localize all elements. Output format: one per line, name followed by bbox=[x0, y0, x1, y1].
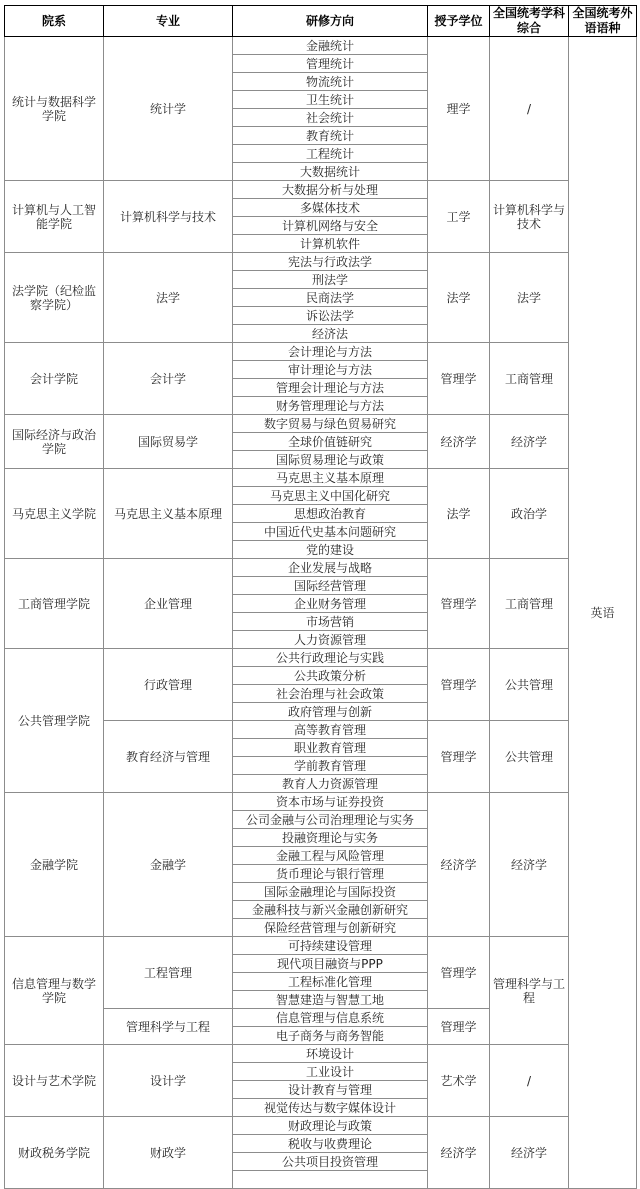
major-cell: 会计学 bbox=[104, 343, 233, 415]
direction-cell: 会计理论与方法 bbox=[233, 343, 428, 361]
college-cell: 工商管理学院 bbox=[5, 559, 104, 649]
degree-cell: 经济学 bbox=[428, 1117, 490, 1175]
table-row: 信息管理与数学学院工程管理可持续建设管理管理学管理科学与工程 bbox=[5, 937, 637, 955]
direction-cell: 国际金融理论与国际投资 bbox=[233, 883, 428, 901]
major-cell: 统计学 bbox=[104, 37, 233, 181]
major-cell: 教育经济与管理 bbox=[104, 721, 233, 793]
direction-cell: 电子商务与商务智能 bbox=[233, 1027, 428, 1045]
table-row: 统计与数据科学学院统计学金融统计理学/英语 bbox=[5, 37, 637, 55]
direction-cell: 可持续建设管理 bbox=[233, 937, 428, 955]
direction-cell: 公共政策分析 bbox=[233, 667, 428, 685]
degree-cell: 管理学 bbox=[428, 721, 490, 793]
college-cell: 设计与艺术学院 bbox=[5, 1045, 104, 1117]
degree-cell: 管理学 bbox=[428, 1009, 490, 1045]
direction-cell: 刑法学 bbox=[233, 271, 428, 289]
direction-cell: 学前教育管理 bbox=[233, 757, 428, 775]
exam-subject-cell: 公共管理 bbox=[490, 649, 569, 721]
college-cell: 法学院（纪检监察学院） bbox=[5, 253, 104, 343]
college-cell: 信息管理与数学学院 bbox=[5, 937, 104, 1045]
direction-cell: 金融科技与新兴金融创新研究 bbox=[233, 901, 428, 919]
major-cell: 马克思主义基本原理 bbox=[104, 469, 233, 559]
major-cell: 设计学 bbox=[104, 1045, 233, 1117]
college-cell: 会计学院 bbox=[5, 343, 104, 415]
direction-cell: 计算机网络与安全 bbox=[233, 217, 428, 235]
direction-cell: 国际贸易理论与政策 bbox=[233, 451, 428, 469]
direction-cell: 职业教育管理 bbox=[233, 739, 428, 757]
college-cell: 金融学院 bbox=[5, 793, 104, 937]
table-row: 计算机与人工智能学院计算机科学与技术大数据分析与处理工学计算机科学与技术 bbox=[5, 181, 637, 199]
direction-cell: 计算机软件 bbox=[233, 235, 428, 253]
header-cell-college: 院系 bbox=[5, 6, 104, 37]
direction-cell: 公共项目投资管理 bbox=[233, 1153, 428, 1171]
major-cell: 财政学 bbox=[104, 1117, 233, 1175]
direction-cell: 信息管理与信息系统 bbox=[233, 1009, 428, 1027]
table-row: 法学院（纪检监察学院）法学宪法与行政法学法学法学 bbox=[5, 253, 637, 271]
direction-cell: 金融统计 bbox=[233, 37, 428, 55]
language-cell: 英语 bbox=[569, 37, 637, 1175]
header-cell-language: 全国统考外语语种 bbox=[569, 6, 637, 37]
direction-cell: 审计理论与方法 bbox=[233, 361, 428, 379]
header-cell-direction: 研修方向 bbox=[233, 6, 428, 37]
direction-cell: 环境设计 bbox=[233, 1045, 428, 1063]
header-cell-degree: 授予学位 bbox=[428, 6, 490, 37]
header-cell-major: 专业 bbox=[104, 6, 233, 37]
direction-cell: 市场营销 bbox=[233, 613, 428, 631]
exam-subject-cell: 公共管理 bbox=[490, 721, 569, 793]
direction-cell: 金融工程与风险管理 bbox=[233, 847, 428, 865]
header-row: 院系专业研修方向授予学位全国统考学科综合全国统考外语语种 bbox=[5, 6, 637, 37]
exam-subject-cell: 工商管理 bbox=[490, 559, 569, 649]
direction-cell: 财政理论与政策 bbox=[233, 1117, 428, 1135]
direction-cell: 数字贸易与绿色贸易研究 bbox=[233, 415, 428, 433]
direction-cell: 中国近代史基本问题研究 bbox=[233, 523, 428, 541]
college-cell: 马克思主义学院 bbox=[5, 469, 104, 559]
direction-cell: 教育人力资源管理 bbox=[233, 775, 428, 793]
degree-cell: 管理学 bbox=[428, 937, 490, 1009]
direction-cell: 思想政治教育 bbox=[233, 505, 428, 523]
exam-subject-cell: 经济学 bbox=[490, 415, 569, 469]
direction-cell: 民商法学 bbox=[233, 289, 428, 307]
table-row: 马克思主义学院马克思主义基本原理马克思主义基本原理法学政治学 bbox=[5, 469, 637, 487]
direction-cell: 保险经营管理与创新研究 bbox=[233, 919, 428, 937]
direction-cell: 大数据统计 bbox=[233, 163, 428, 181]
table-row: 会计学院会计学会计理论与方法管理学工商管理 bbox=[5, 343, 637, 361]
direction-cell: 诉讼法学 bbox=[233, 307, 428, 325]
direction-cell: 企业财务管理 bbox=[233, 595, 428, 613]
direction-cell: 全球价值链研究 bbox=[233, 433, 428, 451]
degree-cell: 经济学 bbox=[428, 793, 490, 937]
college-cell: 财政税务学院 bbox=[5, 1117, 104, 1175]
direction-cell: 智慧建造与智慧工地 bbox=[233, 991, 428, 1009]
major-cell: 国际贸易学 bbox=[104, 415, 233, 469]
major-cell: 计算机科学与技术 bbox=[104, 181, 233, 253]
direction-cell: 社会治理与社会政策 bbox=[233, 685, 428, 703]
college-cell: 国际经济与政治学院 bbox=[5, 415, 104, 469]
direction-cell: 党的建设 bbox=[233, 541, 428, 559]
degree-cell: 法学 bbox=[428, 469, 490, 559]
degree-cell: 管理学 bbox=[428, 343, 490, 415]
college-cell: 公共管理学院 bbox=[5, 649, 104, 793]
direction-cell: 政府管理与创新 bbox=[233, 703, 428, 721]
direction-cell: 社会统计 bbox=[233, 109, 428, 127]
degree-cell: 经济学 bbox=[428, 415, 490, 469]
direction-cell: 资本市场与证券投资 bbox=[233, 793, 428, 811]
exam-subject-cell: / bbox=[490, 37, 569, 181]
exam-subject-cell: 工商管理 bbox=[490, 343, 569, 415]
direction-cell bbox=[233, 1171, 428, 1175]
exam-subject-cell: / bbox=[490, 1045, 569, 1117]
direction-cell: 人力资源管理 bbox=[233, 631, 428, 649]
direction-cell: 经济法 bbox=[233, 325, 428, 343]
major-cell: 管理科学与工程 bbox=[104, 1009, 233, 1045]
exam-subject-cell: 经济学 bbox=[490, 793, 569, 937]
direction-cell: 宪法与行政法学 bbox=[233, 253, 428, 271]
direction-cell: 马克思主义中国化研究 bbox=[233, 487, 428, 505]
program-table: 院系专业研修方向授予学位全国统考学科综合全国统考外语语种统计与数据科学学院统计学… bbox=[4, 5, 637, 1174]
direction-cell: 国际经营管理 bbox=[233, 577, 428, 595]
degree-cell: 管理学 bbox=[428, 649, 490, 721]
degree-cell: 工学 bbox=[428, 181, 490, 253]
direction-cell: 投融资理论与实务 bbox=[233, 829, 428, 847]
exam-subject-cell: 法学 bbox=[490, 253, 569, 343]
direction-cell: 教育统计 bbox=[233, 127, 428, 145]
direction-cell: 高等教育管理 bbox=[233, 721, 428, 739]
degree-cell: 法学 bbox=[428, 253, 490, 343]
direction-cell: 税收与收费理论 bbox=[233, 1135, 428, 1153]
direction-cell: 管理统计 bbox=[233, 55, 428, 73]
degree-cell: 理学 bbox=[428, 37, 490, 181]
direction-cell: 公共行政理论与实践 bbox=[233, 649, 428, 667]
direction-cell: 物流统计 bbox=[233, 73, 428, 91]
direction-cell: 设计教育与管理 bbox=[233, 1081, 428, 1099]
direction-cell: 现代项目融资与PPP bbox=[233, 955, 428, 973]
direction-cell: 工业设计 bbox=[233, 1063, 428, 1081]
major-cell: 金融学 bbox=[104, 793, 233, 937]
direction-cell: 管理会计理论与方法 bbox=[233, 379, 428, 397]
exam-subject-cell: 管理科学与工程 bbox=[490, 937, 569, 1045]
degree-cell: 管理学 bbox=[428, 559, 490, 649]
direction-cell: 货币理论与银行管理 bbox=[233, 865, 428, 883]
direction-cell: 大数据分析与处理 bbox=[233, 181, 428, 199]
table-row: 工商管理学院企业管理企业发展与战略管理学工商管理 bbox=[5, 559, 637, 577]
direction-cell: 财务管理理论与方法 bbox=[233, 397, 428, 415]
table-row: 金融学院金融学资本市场与证券投资经济学经济学 bbox=[5, 793, 637, 811]
table-row: 公共管理学院行政管理公共行政理论与实践管理学公共管理 bbox=[5, 649, 637, 667]
college-cell: 统计与数据科学学院 bbox=[5, 37, 104, 181]
direction-cell: 公司金融与公司治理理论与实务 bbox=[233, 811, 428, 829]
direction-cell: 卫生统计 bbox=[233, 91, 428, 109]
program-table-wrapper: 院系专业研修方向授予学位全国统考学科综合全国统考外语语种统计与数据科学学院统计学… bbox=[4, 5, 637, 1174]
major-cell: 企业管理 bbox=[104, 559, 233, 649]
table-row: 财政税务学院财政学财政理论与政策经济学经济学 bbox=[5, 1117, 637, 1135]
direction-cell: 视觉传达与数字媒体设计 bbox=[233, 1099, 428, 1117]
direction-cell: 工程统计 bbox=[233, 145, 428, 163]
direction-cell: 工程标准化管理 bbox=[233, 973, 428, 991]
exam-subject-cell: 经济学 bbox=[490, 1117, 569, 1175]
major-cell: 工程管理 bbox=[104, 937, 233, 1009]
major-cell: 法学 bbox=[104, 253, 233, 343]
direction-cell: 企业发展与战略 bbox=[233, 559, 428, 577]
exam-subject-cell: 政治学 bbox=[490, 469, 569, 559]
direction-cell: 多媒体技术 bbox=[233, 199, 428, 217]
college-cell: 计算机与人工智能学院 bbox=[5, 181, 104, 253]
direction-cell: 马克思主义基本原理 bbox=[233, 469, 428, 487]
major-cell: 行政管理 bbox=[104, 649, 233, 721]
table-row: 国际经济与政治学院国际贸易学数字贸易与绿色贸易研究经济学经济学 bbox=[5, 415, 637, 433]
degree-cell: 艺术学 bbox=[428, 1045, 490, 1117]
header-cell-exam: 全国统考学科综合 bbox=[490, 6, 569, 37]
exam-subject-cell: 计算机科学与技术 bbox=[490, 181, 569, 253]
table-row: 设计与艺术学院设计学环境设计艺术学/ bbox=[5, 1045, 637, 1063]
